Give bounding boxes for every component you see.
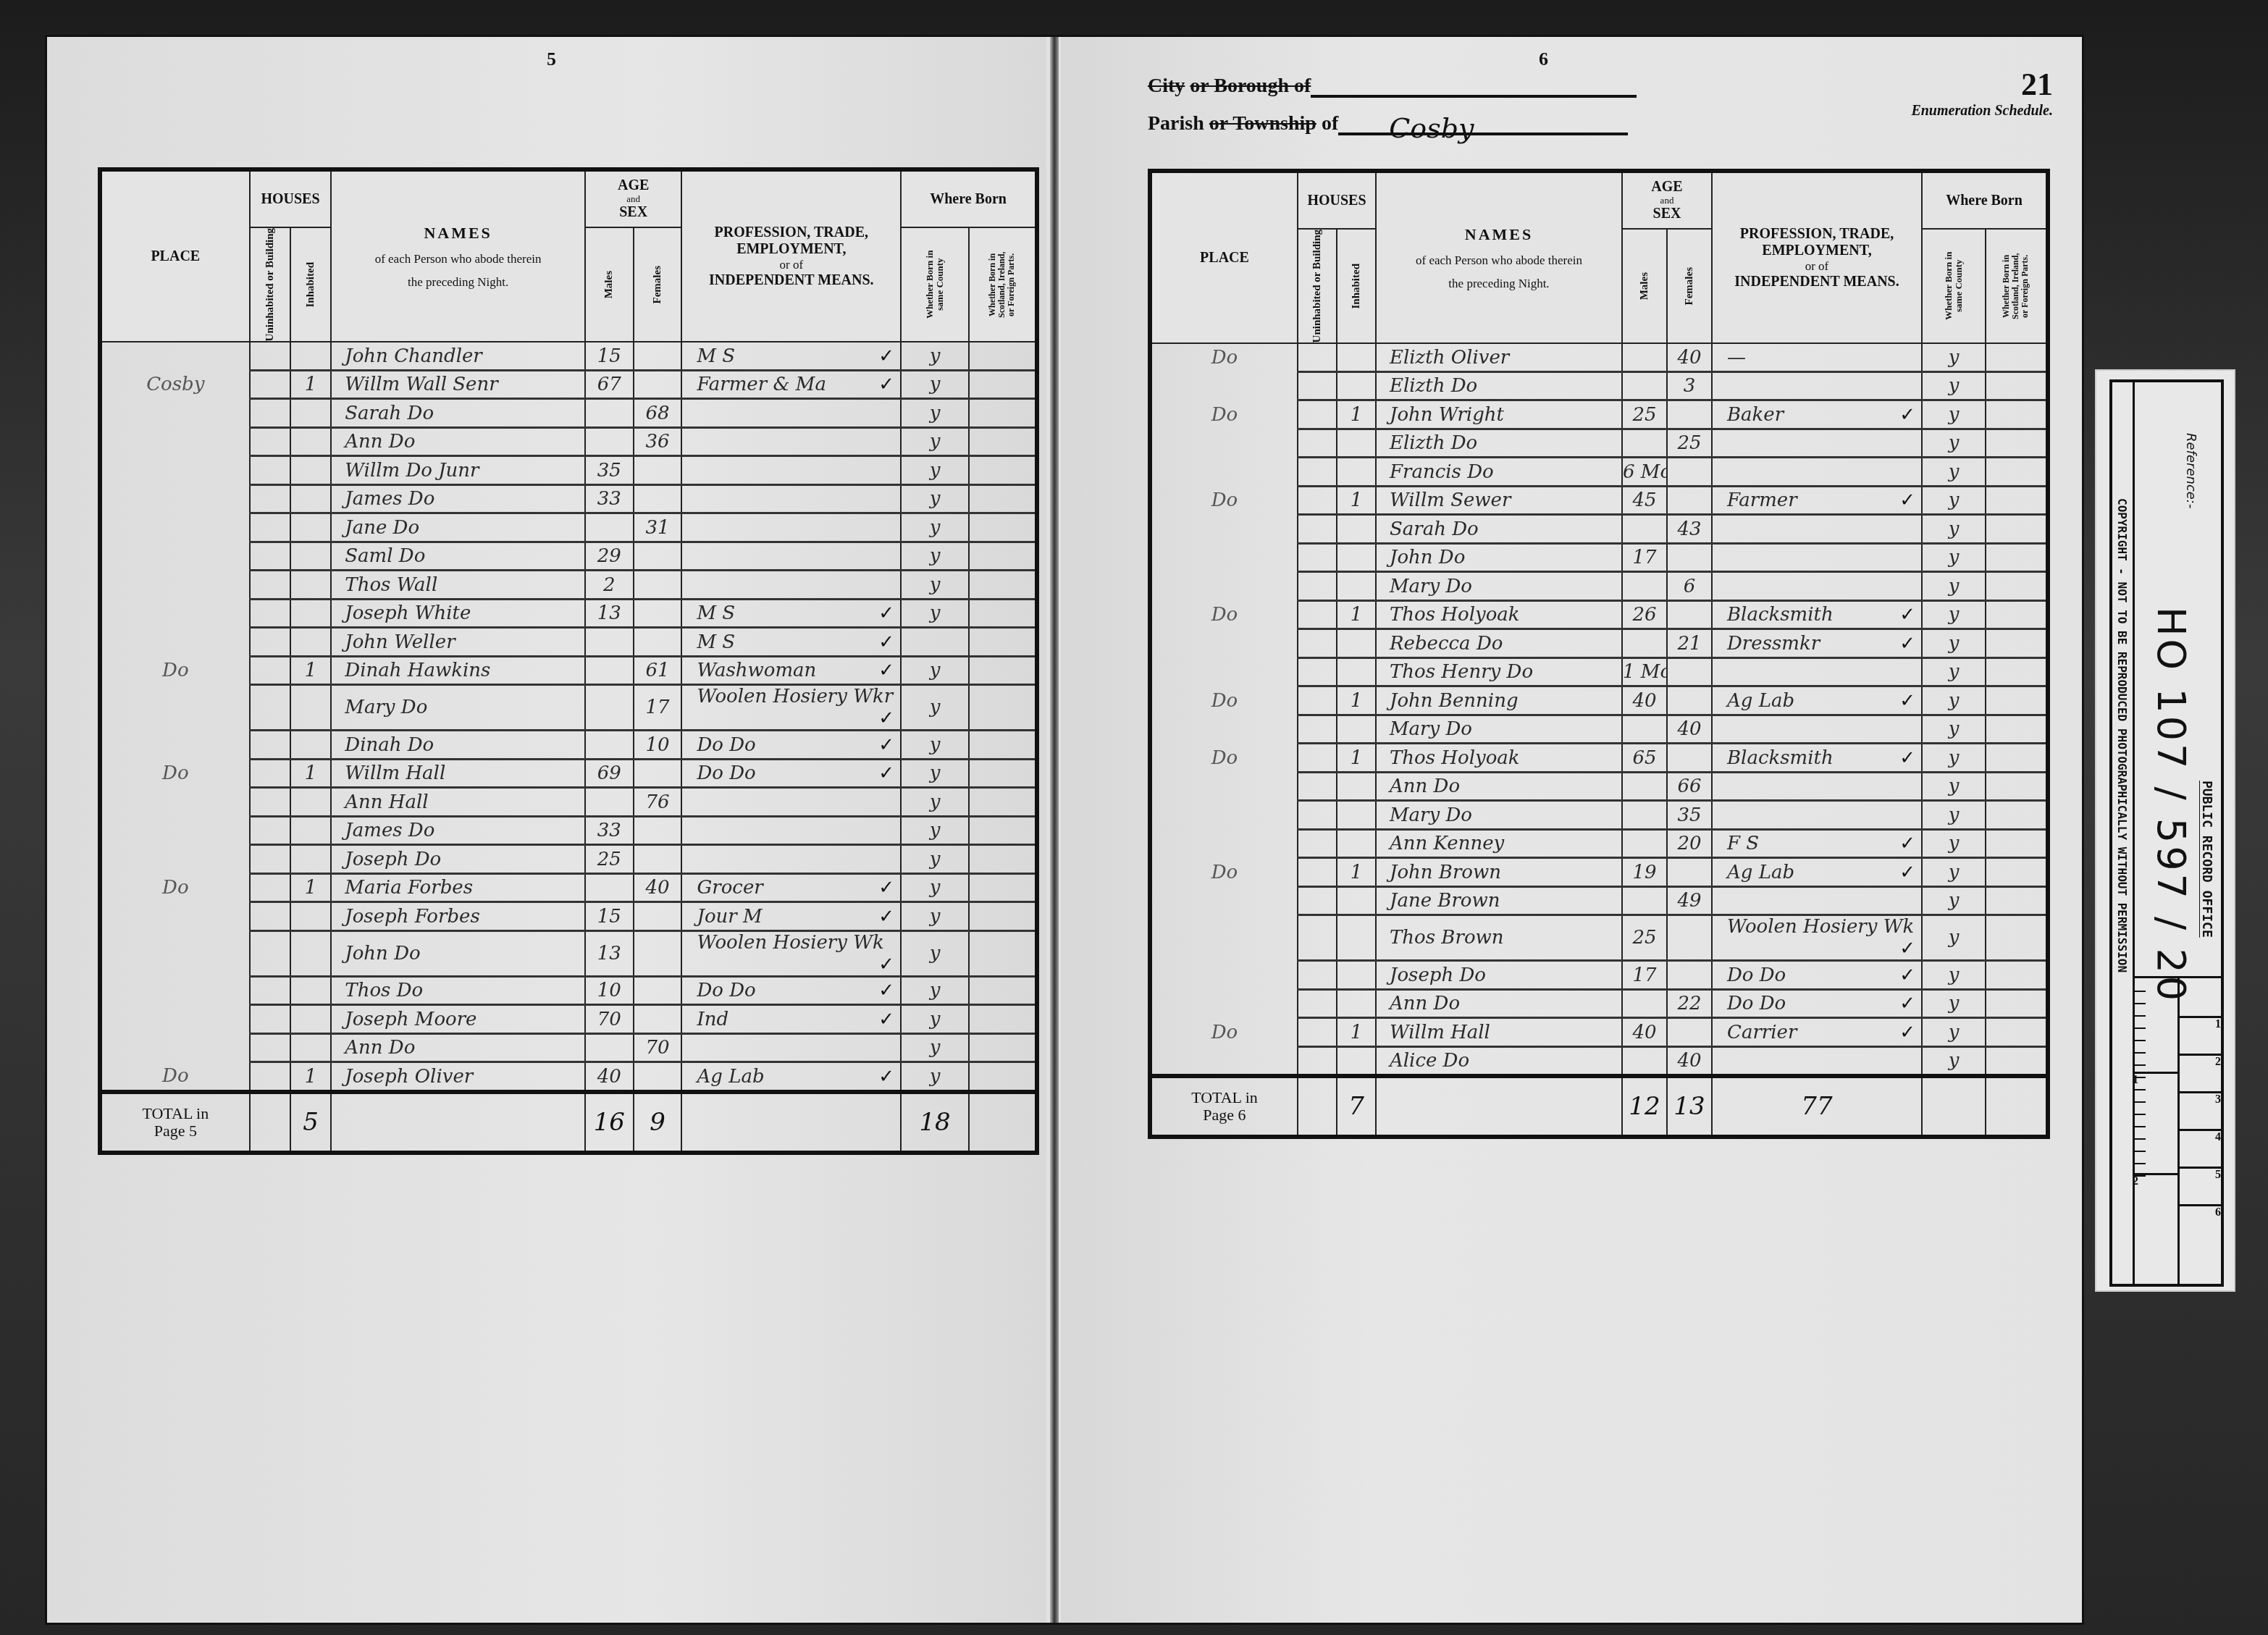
born-abroad-cell — [1986, 458, 2048, 487]
ruler-cm-mark: 3 — [2177, 1091, 2221, 1106]
born-county-cell: y — [901, 484, 969, 513]
male-age-cell — [1622, 572, 1667, 601]
female-age-cell — [1667, 543, 1712, 572]
profession-cell — [1712, 657, 1922, 686]
name-cell: Mary Do — [1376, 572, 1622, 601]
age-title: AGE — [586, 177, 681, 194]
place-cell — [100, 976, 250, 1005]
place-cell — [100, 399, 250, 428]
place-cell: Do — [100, 1062, 250, 1092]
profession-cell: Grocer✓ — [681, 873, 901, 902]
inhabited-cell — [1337, 572, 1376, 601]
name-cell: Francis Do — [1376, 458, 1622, 487]
profession-cell: Washwoman✓ — [681, 656, 901, 685]
uninhabited-cell — [1298, 715, 1337, 744]
born-county-cell: y — [901, 542, 969, 571]
uninhabited-cell — [250, 628, 290, 657]
female-age-cell — [634, 599, 682, 628]
col-header-place: PLACE — [1150, 171, 1298, 343]
uninhabited-cell — [250, 456, 290, 485]
inhabited-cell — [290, 513, 331, 542]
census-row: James Do33y — [100, 484, 1037, 513]
profession-cell: Carrier✓ — [1712, 1018, 1922, 1047]
male-age-cell: 25 — [1622, 400, 1667, 429]
reference-code: HO 107 / 597 / 20 — [2149, 607, 2194, 1004]
inhabited-cell — [290, 902, 331, 931]
name-cell: Elizth Do — [1376, 371, 1622, 400]
uninhabited-cell — [1298, 989, 1337, 1018]
male-age-cell — [585, 685, 634, 731]
place-cell — [100, 788, 250, 817]
born-abroad-cell — [1986, 429, 2048, 458]
female-age-cell: 66 — [1667, 772, 1712, 801]
check-mark-icon: ✓ — [1899, 633, 1915, 655]
total-females: 13 — [1667, 1076, 1712, 1137]
name-cell: Joseph White — [331, 599, 585, 628]
inhabited-cell — [1337, 629, 1376, 658]
sheet-label: Enumeration Schedule. — [1911, 103, 2053, 119]
male-age-cell — [1622, 1046, 1667, 1076]
uninhabited-cell — [1298, 400, 1337, 429]
place-cell: Do — [1150, 686, 1298, 715]
inhabited-cell — [290, 788, 331, 817]
place-cell: Cosby — [100, 370, 250, 399]
born-abroad-cell — [1986, 915, 2048, 961]
sheet-number: 21 — [1911, 66, 2053, 103]
ruler-tick — [2133, 1003, 2146, 1004]
male-age-cell: 40 — [1622, 686, 1667, 715]
place-cell — [100, 542, 250, 571]
ruler-cm-mark: 1 — [2177, 1016, 2221, 1031]
name-cell: Mary Do — [1376, 801, 1622, 830]
female-age-cell: 49 — [1667, 886, 1712, 915]
names-title: NAMES — [1377, 225, 1621, 243]
census-row: Saml Do29y — [100, 542, 1037, 571]
born-county-cell: y — [1922, 1046, 1986, 1076]
place-cell — [100, 484, 250, 513]
born-abroad-cell — [1986, 572, 2048, 601]
age-and: and — [1623, 196, 1711, 206]
uninhabited-cell — [250, 930, 290, 976]
inhabited-cell — [290, 731, 331, 760]
col-header-houses: HOUSES — [1298, 171, 1376, 229]
born-county-cell: y — [1922, 429, 1986, 458]
name-cell: Ann Do — [331, 427, 585, 456]
prof-line-2: EMPLOYMENT, — [682, 241, 900, 258]
uninhabited-cell — [250, 484, 290, 513]
census-row: Do1Maria Forbes40Grocer✓y — [100, 873, 1037, 902]
prof-line-2: EMPLOYMENT, — [1713, 243, 1921, 259]
census-row: John WellerM S✓ — [100, 628, 1037, 657]
ruler-tick — [2133, 1064, 2146, 1066]
profession-cell — [681, 845, 901, 874]
total-uninhabited — [1298, 1076, 1337, 1137]
inhabited-cell: 1 — [1337, 400, 1376, 429]
born-county-cell: y — [1922, 1018, 1986, 1047]
place-cell: Do — [1150, 400, 1298, 429]
place-cell — [100, 845, 250, 874]
female-age-cell — [1667, 400, 1712, 429]
place-cell: Do — [1150, 600, 1298, 629]
name-cell: Dinah Hawkins — [331, 656, 585, 685]
book-gutter — [1050, 37, 1059, 1623]
name-cell: Alice Do — [1376, 1046, 1622, 1076]
inhabited-cell — [1337, 829, 1376, 858]
check-mark-icon: ✓ — [878, 762, 894, 784]
check-mark-icon: ✓ — [878, 734, 894, 756]
census-row: Do1Willm Hall40Carrier✓y — [1150, 1018, 2048, 1047]
profession-cell — [681, 427, 901, 456]
inhabited-cell — [290, 685, 331, 731]
ruler-tick — [2133, 1027, 2146, 1029]
name-cell: Willm Do Junr — [331, 456, 585, 485]
born-abroad-cell — [1986, 715, 2048, 744]
census-row: Jane Do31y — [100, 513, 1037, 542]
born-abroad-cell — [1986, 343, 2048, 371]
inhabited-cell — [1337, 772, 1376, 801]
female-age-cell — [634, 1062, 682, 1092]
place-cell — [100, 685, 250, 731]
uninhabited-cell — [250, 685, 290, 731]
sheet-number-block: 21 Enumeration Schedule. — [1911, 66, 2053, 119]
place-cell — [1150, 429, 1298, 458]
uninhabited-cell — [1298, 1046, 1337, 1076]
born-abroad-cell — [969, 370, 1037, 399]
ruler-cm-mark: 2 — [2177, 1054, 2221, 1069]
ruler-tick — [2133, 1101, 2146, 1103]
profession-cell: Farmer✓ — [1712, 486, 1922, 515]
ruler-tick — [2133, 1077, 2146, 1078]
born-county-cell: y — [901, 902, 969, 931]
inhabited-cell — [1337, 915, 1376, 961]
name-cell: Saml Do — [331, 542, 585, 571]
place-cell — [1150, 772, 1298, 801]
check-mark-icon: ✓ — [878, 1009, 894, 1030]
census-row: John Chandler15M S✓y — [100, 342, 1037, 370]
check-mark-icon: ✓ — [1899, 404, 1915, 426]
male-age-cell — [1622, 515, 1667, 544]
born-abroad-cell — [969, 902, 1037, 931]
female-age-cell — [1667, 744, 1712, 773]
born-abroad-cell — [1986, 515, 2048, 544]
check-mark-icon: ✓ — [878, 980, 894, 1001]
inhabited-cell: 1 — [290, 873, 331, 902]
born-abroad-cell — [969, 731, 1037, 760]
uninhabited-cell — [1298, 1018, 1337, 1047]
female-age-cell: 10 — [634, 731, 682, 760]
total-uninhabited — [250, 1092, 290, 1153]
inhabited-cell — [290, 930, 331, 976]
ruler-tick — [2133, 1015, 2146, 1017]
male-age-cell — [585, 731, 634, 760]
born-county-cell: y — [1922, 486, 1986, 515]
name-cell: Jane Do — [331, 513, 585, 542]
col-header-uninhabited: Uninhabited or Building — [250, 227, 290, 342]
col-header-inhabited: Inhabited — [1337, 229, 1376, 343]
female-age-cell: 25 — [1667, 429, 1712, 458]
born-county-cell: y — [901, 656, 969, 685]
ruler-tick — [2133, 1151, 2146, 1152]
census-row: Do1Joseph Oliver40Ag Lab✓y — [100, 1062, 1037, 1092]
inhabited-cell — [1337, 429, 1376, 458]
inhabited-cell — [1337, 515, 1376, 544]
profession-cell — [681, 399, 901, 428]
inhabited-cell — [290, 1005, 331, 1034]
total-profession: 77 — [1712, 1076, 1922, 1137]
page-number: 6 — [1539, 49, 1548, 70]
male-age-cell: 26 — [1622, 600, 1667, 629]
name-cell: Sarah Do — [331, 399, 585, 428]
census-row: Ann Do70y — [100, 1033, 1037, 1062]
born-county-cell: y — [901, 976, 969, 1005]
profession-cell — [681, 456, 901, 485]
profession-cell — [1712, 772, 1922, 801]
name-cell: Sarah Do — [1376, 515, 1622, 544]
uninhabited-cell — [250, 542, 290, 571]
profession-cell: Blacksmith✓ — [1712, 600, 1922, 629]
city-borough-line: City or Borough of — [1148, 75, 1637, 98]
female-age-cell — [1667, 961, 1712, 990]
born-county-cell: y — [901, 845, 969, 874]
born-abroad-cell — [1986, 772, 2048, 801]
age-title: AGE — [1623, 179, 1711, 196]
inhabited-cell — [1337, 715, 1376, 744]
female-age-cell: 68 — [634, 399, 682, 428]
total-females: 9 — [634, 1092, 682, 1153]
uninhabited-cell — [250, 571, 290, 600]
name-cell: Dinah Do — [331, 731, 585, 760]
place-cell — [100, 1005, 250, 1034]
right-page: 6 City or Borough of Parish or Township … — [1061, 37, 2082, 1623]
township-label: or Township — [1209, 112, 1316, 135]
female-age-cell — [634, 542, 682, 571]
place-cell — [100, 342, 250, 370]
name-cell: Joseph Forbes — [331, 902, 585, 931]
place-cell — [100, 902, 250, 931]
born-abroad-cell — [1986, 486, 2048, 515]
female-age-cell: 6 — [1667, 572, 1712, 601]
male-age-cell — [1622, 371, 1667, 400]
uninhabited-cell — [250, 845, 290, 874]
born-abroad-cell — [969, 656, 1037, 685]
uninhabited-cell — [250, 873, 290, 902]
female-age-cell — [1667, 657, 1712, 686]
inhabited-cell: 1 — [290, 759, 331, 788]
census-row: Do1John Benning40Ag Lab✓y — [1150, 686, 2048, 715]
total-profession — [681, 1092, 901, 1153]
census-row: Jane Brown49y — [1150, 886, 2048, 915]
profession-cell — [1712, 458, 1922, 487]
name-cell: Ann Hall — [331, 788, 585, 817]
name-cell: Ann Kenney — [1376, 829, 1622, 858]
inhabited-cell — [290, 571, 331, 600]
place-cell — [100, 731, 250, 760]
age-sex: SEX — [1623, 206, 1711, 222]
male-age-cell: 67 — [585, 370, 634, 399]
female-age-cell — [634, 1005, 682, 1034]
name-cell: Thos Holyoak — [1376, 744, 1622, 773]
born-abroad-cell — [969, 976, 1037, 1005]
census-row: Joseph White13M S✓y — [100, 599, 1037, 628]
place-cell — [1150, 629, 1298, 658]
inhabited-cell: 1 — [1337, 686, 1376, 715]
name-cell: Willm Hall — [1376, 1018, 1622, 1047]
male-age-cell — [585, 873, 634, 902]
name-cell: Joseph Oliver — [331, 1062, 585, 1092]
census-row: Francis Do6 Monthsy — [1150, 458, 2048, 487]
born-county-cell: y — [901, 816, 969, 845]
inhabited-cell: 1 — [290, 1062, 331, 1092]
ruler-tick — [2133, 1052, 2146, 1054]
born-abroad-cell — [1986, 886, 2048, 915]
uninhabited-cell — [250, 976, 290, 1005]
prof-line-1: PROFESSION, TRADE, — [1713, 226, 1921, 243]
female-age-cell: 61 — [634, 656, 682, 685]
uninhabited-cell — [250, 731, 290, 760]
place-cell — [1150, 543, 1298, 572]
census-row: Mary Do40y — [1150, 715, 2048, 744]
female-age-cell: 76 — [634, 788, 682, 817]
male-age-cell: 1 Month — [1622, 657, 1667, 686]
profession-cell: Woolen Hosiery Wk✓ — [681, 930, 901, 976]
inhabited-cell — [1337, 989, 1376, 1018]
name-cell: Joseph Do — [331, 845, 585, 874]
prof-line-3: or of — [682, 258, 900, 272]
profession-cell: Do Do✓ — [681, 731, 901, 760]
col-header-houses: HOUSES — [250, 169, 332, 227]
parish-label: Parish — [1148, 112, 1204, 135]
uninhabited-cell — [1298, 801, 1337, 830]
inhabited-cell — [290, 628, 331, 657]
female-age-cell — [634, 930, 682, 976]
census-row: Sarah Do68y — [100, 399, 1037, 428]
profession-cell: Dressmkr✓ — [1712, 629, 1922, 658]
female-age-cell — [634, 484, 682, 513]
name-cell: Maria Forbes — [331, 873, 585, 902]
col-header-born-county: Whether Born in same County — [1922, 229, 1986, 343]
profession-cell: Ag Lab✓ — [681, 1062, 901, 1092]
census-row: Thos Wall2y — [100, 571, 1037, 600]
male-age-cell: 40 — [1622, 1018, 1667, 1047]
inhabited-cell: 1 — [1337, 744, 1376, 773]
female-age-cell: 21 — [1667, 629, 1712, 658]
census-row: Do1Thos Holyoak26Blacksmith✓y — [1150, 600, 2048, 629]
male-age-cell: 19 — [1622, 858, 1667, 887]
uninhabited-cell — [1298, 915, 1337, 961]
census-row: Do1Dinah Hawkins61Washwoman✓y — [100, 656, 1037, 685]
col-header-names: NAMES of each Person who abode therein t… — [1376, 171, 1622, 343]
born-county-cell: y — [1922, 915, 1986, 961]
ruler-inch-mark: 1 — [2133, 1072, 2177, 1087]
census-row: Thos Brown25Woolen Hosiery Wk✓y — [1150, 915, 2048, 961]
female-age-cell: 40 — [634, 873, 682, 902]
male-age-cell: 40 — [585, 1062, 634, 1092]
inhabited-cell: 1 — [1337, 1018, 1376, 1047]
check-mark-icon: ✓ — [1899, 747, 1915, 769]
female-age-cell — [1667, 600, 1712, 629]
census-row: John Do17y — [1150, 543, 2048, 572]
name-cell: Ann Do — [1376, 989, 1622, 1018]
profession-cell: Do Do✓ — [1712, 989, 1922, 1018]
uninhabited-cell — [250, 599, 290, 628]
born-abroad-cell — [969, 456, 1037, 485]
prof-line-3: or of — [1713, 259, 1921, 274]
total-names — [1376, 1076, 1622, 1137]
inhabited-cell — [290, 599, 331, 628]
name-cell: John Benning — [1376, 686, 1622, 715]
name-cell: Thos Brown — [1376, 915, 1622, 961]
name-cell: John Weller — [331, 628, 585, 657]
male-age-cell — [1622, 629, 1667, 658]
inhabited-cell — [1337, 801, 1376, 830]
check-mark-icon: ✓ — [878, 631, 894, 653]
place-cell: Do — [100, 873, 250, 902]
uninhabited-cell — [1298, 343, 1337, 371]
uninhabited-cell — [1298, 858, 1337, 887]
profession-cell: Jour M✓ — [681, 902, 901, 931]
born-county-cell: y — [1922, 989, 1986, 1018]
parish-of: of — [1322, 112, 1338, 135]
inhabited-cell — [290, 1033, 331, 1062]
female-age-cell — [634, 902, 682, 931]
name-cell: Thos Wall — [331, 571, 585, 600]
ruler-tick — [2133, 1089, 2146, 1090]
male-age-cell — [1622, 429, 1667, 458]
born-abroad-cell — [1986, 686, 2048, 715]
name-cell: Mary Do — [331, 685, 585, 731]
check-mark-icon: ✓ — [878, 660, 894, 681]
inhabited-cell — [290, 399, 331, 428]
place-cell: Do — [1150, 1018, 1298, 1047]
name-cell: John Do — [331, 930, 585, 976]
place-cell — [1150, 989, 1298, 1018]
born-abroad-cell — [969, 1033, 1037, 1062]
col-header-age-sex: AGE and SEX — [1622, 171, 1712, 229]
col-header-born-county: Whether Born in same County — [901, 227, 969, 342]
uninhabited-cell — [1298, 371, 1337, 400]
name-cell: Elizth Do — [1376, 429, 1622, 458]
inhabited-cell — [1337, 657, 1376, 686]
check-mark-icon: ✓ — [878, 1066, 894, 1088]
place-cell — [100, 456, 250, 485]
col-header-born-abroad: Whether Born in Scotland, Ireland, or Fo… — [1986, 229, 2048, 343]
female-age-cell: 20 — [1667, 829, 1712, 858]
born-county-cell: y — [901, 342, 969, 370]
census-row: Mary Do6y — [1150, 572, 2048, 601]
profession-cell: Do Do✓ — [681, 976, 901, 1005]
inhabited-cell: 1 — [1337, 486, 1376, 515]
total-label: TOTAL inPage 5 — [100, 1092, 250, 1153]
female-age-cell — [634, 976, 682, 1005]
census-row: DoElizth Oliver40—y — [1150, 343, 2048, 371]
names-sub2: the preceding Night. — [1377, 277, 1621, 291]
check-mark-icon: ✓ — [1899, 938, 1915, 959]
total-inhabited: 7 — [1337, 1076, 1376, 1137]
name-cell: Mary Do — [1376, 715, 1622, 744]
born-abroad-cell — [1986, 543, 2048, 572]
census-row: Cosby1Willm Wall Senr67Farmer & Ma✓y — [100, 370, 1037, 399]
inhabited-cell — [1337, 458, 1376, 487]
place-cell — [100, 628, 250, 657]
col-header-profession: PROFESSION, TRADE, EMPLOYMENT, or of IND… — [681, 169, 901, 342]
female-age-cell — [634, 571, 682, 600]
born-abroad-cell — [969, 685, 1037, 731]
census-rows-right: DoElizth Oliver40—yElizth Do3yDo1John Wr… — [1150, 343, 2048, 1137]
male-age-cell — [585, 788, 634, 817]
name-cell: Thos Henry Do — [1376, 657, 1622, 686]
born-county-cell: y — [1922, 343, 1986, 371]
profession-cell: Farmer & Ma✓ — [681, 370, 901, 399]
